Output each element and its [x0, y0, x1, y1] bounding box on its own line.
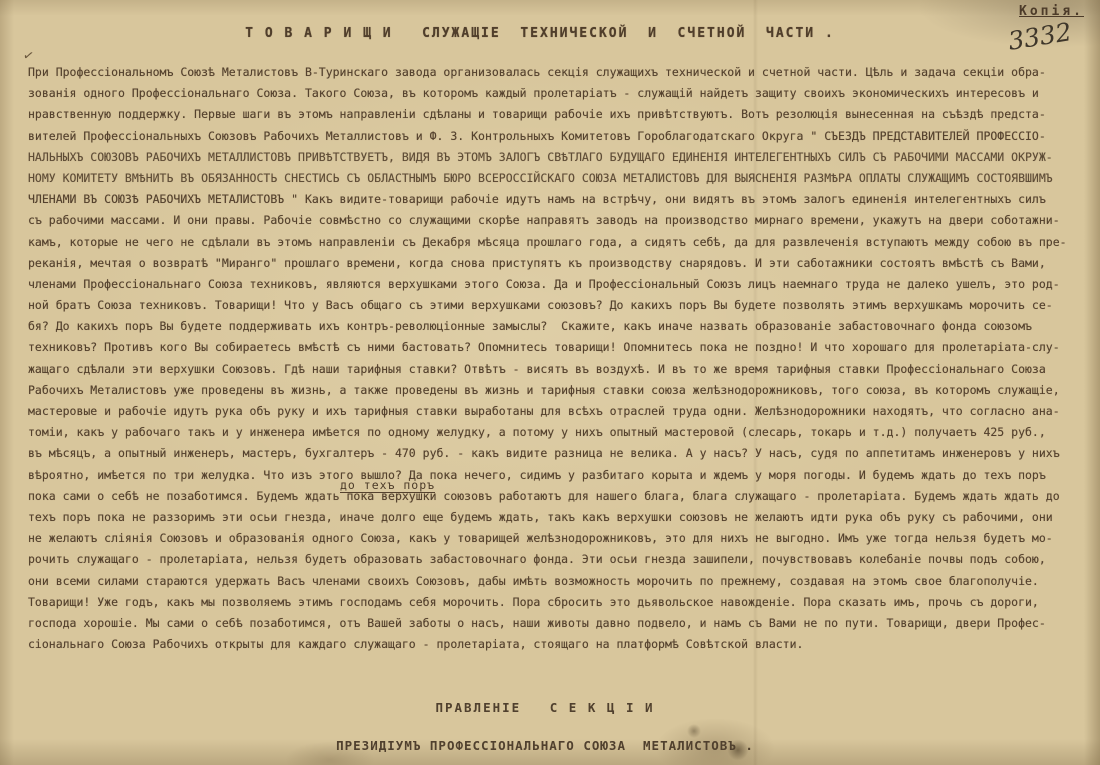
body-line: ЧЛЕНАМИ ВЪ СОЮЗѢ РАБОЧИХЪ МЕТАЛИСТОВЪ " … [28, 189, 1084, 210]
body-line: ной братъ Союза техниковъ. Товарищи! Что… [28, 295, 1084, 316]
signature-presidium: ПРЕЗИДІУМЪ ПРОФЕССІОНАЛЬНАГО СОЮЗА МЕТАЛ… [0, 738, 1090, 753]
body-line: реканія, мечтая о возвратѣ "Миранго" про… [28, 253, 1084, 274]
body-line: членами Профессіональнаго Союза техников… [28, 274, 1084, 295]
body-line: зованія одного Профессіональнаго Союза. … [28, 83, 1084, 104]
body-line: Рабочихъ Металистовъ уже проведены въ жи… [28, 380, 1084, 401]
body-line: техниковъ? Противъ кого Вы собираетесь в… [28, 337, 1084, 358]
body-line: бя? До какихъ поръ Вы будете поддерживат… [28, 316, 1084, 337]
body-line: не желаютъ сліянія Союзовъ и образованія… [28, 528, 1084, 549]
signature-section-board: ПРАВЛЕНІЕ С Е К Ц І И [0, 700, 1090, 715]
body-line: сіональнаго Союза Рабочихъ открыты для к… [28, 634, 1084, 655]
copy-label: Копія. [1019, 4, 1084, 19]
body-line: господа хорошіе. Мы сами о себѣ позаботи… [28, 613, 1084, 634]
typed-insertion-correction: до техъ поръ [340, 478, 435, 493]
body-line: вителей Профессіональныхъ Союзовъ Рабочи… [28, 126, 1084, 147]
body-line: камъ, которые не чего не сдѣлали въ этом… [28, 232, 1084, 253]
body-line: они всеми силами стараются удержать Васъ… [28, 571, 1084, 592]
body-line: пока сами о себѣ не позаботимся. Будемъ … [28, 486, 1084, 507]
body-line: рочить служащаго - пролетаріата, нельзя … [28, 549, 1084, 570]
document-title: Т О В А Р И Щ И СЛУЖАЩІЕ ТЕХНИЧЕСКОЙ И С… [0, 26, 1080, 41]
body-line: При Профессіональномъ Союзѣ Металистовъ … [28, 62, 1084, 83]
body-line: съ рабочими массами. И они правы. Рабочі… [28, 210, 1084, 231]
document-page: Копія. 3332 ✓ Т О В А Р И Щ И СЛУЖАЩІЕ Т… [0, 0, 1100, 765]
body-line: НАЛЬНЫХЪ СОЮЗОВЪ РАБОЧИХЪ МЕТАЛЛИСТОВЪ П… [28, 147, 1084, 168]
body-line: техъ поръ пока не раззоримъ эти осьи гне… [28, 507, 1084, 528]
body-line: жащаго сдѣлали эти верхушки Союзовъ. Гдѣ… [28, 359, 1084, 380]
body-line: мастеровые и рабочіе идутъ рука объ руку… [28, 401, 1084, 422]
body-line: томіи, какъ у рабочаго такъ и у инженера… [28, 422, 1084, 443]
body-line: Товарищи! Уже годъ, какъ мы позволяемъ э… [28, 592, 1084, 613]
body-line: въ мѣсяцъ, а опытный инженеръ, мастеръ, … [28, 443, 1084, 464]
body-line: НОМУ КОМИТЕТУ ВМѢНИТЬ ВЪ ОБЯЗАННОСТЬ СНЕ… [28, 168, 1084, 189]
body-line: нравственную поддержку. Первые шаги въ э… [28, 104, 1084, 125]
document-body: При Профессіональномъ Союзѣ Металистовъ … [28, 62, 1084, 655]
body-line: вѣроятно, имѣется по три желудка. Что из… [28, 465, 1084, 486]
